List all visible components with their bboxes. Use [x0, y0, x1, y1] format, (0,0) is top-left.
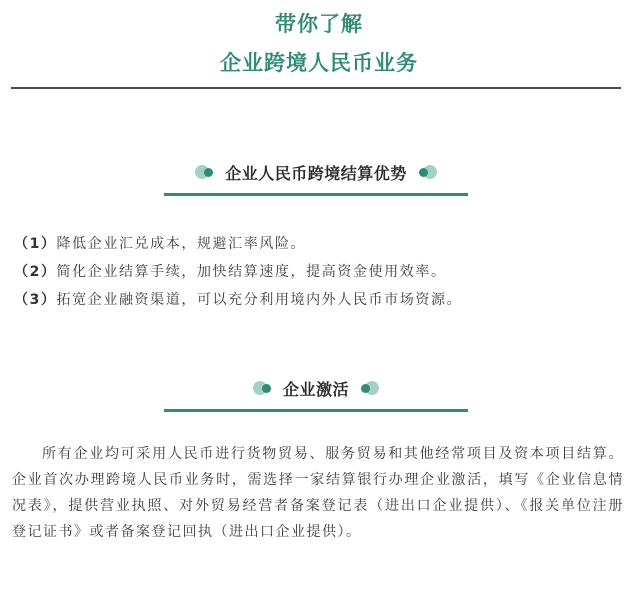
double-dot-icon — [195, 165, 215, 179]
section-underline — [164, 409, 468, 412]
list-item: （3）拓宽企业融资渠道，可以充分利用境内外人民币市场资源。 — [14, 286, 624, 314]
list-item-number: （1） — [14, 236, 57, 252]
title-line-2: 企业跨境人民币业务 — [0, 47, 638, 77]
list-item-number: （3） — [14, 292, 57, 308]
activation-paragraph: 所有企业均可采用人民币进行货物贸易、服务贸易和其他经常项目及资本项目结算。企业首… — [12, 441, 624, 545]
list-item-text: 简化企业结算手续，加快结算速度，提高资金使用效率。 — [57, 264, 447, 280]
top-divider — [11, 87, 621, 89]
list-item-number: （2） — [14, 264, 57, 280]
section-heading-label: 企业人民币跨境结算优势 — [225, 161, 407, 184]
list-item: （1）降低企业汇兑成本，规避汇率风险。 — [14, 230, 624, 258]
section-heading-label: 企业激活 — [283, 377, 349, 400]
double-dot-icon — [417, 165, 437, 179]
list-item: （2）简化企业结算手续，加快结算速度，提高资金使用效率。 — [14, 258, 624, 286]
list-item-text: 降低企业汇兑成本，规避汇率风险。 — [57, 236, 307, 252]
title-line-1: 带你了解 — [0, 8, 638, 38]
double-dot-icon — [253, 381, 273, 395]
list-item-text: 拓宽企业融资渠道，可以充分利用境内外人民币市场资源。 — [57, 292, 463, 308]
section-heading-advantages: 企业人民币跨境结算优势 — [164, 157, 468, 207]
section-heading-activation: 企业激活 — [164, 373, 468, 423]
advantages-list: （1）降低企业汇兑成本，规避汇率风险。 （2）简化企业结算手续，加快结算速度，提… — [14, 230, 624, 314]
section-underline — [164, 193, 468, 196]
double-dot-icon — [359, 381, 379, 395]
